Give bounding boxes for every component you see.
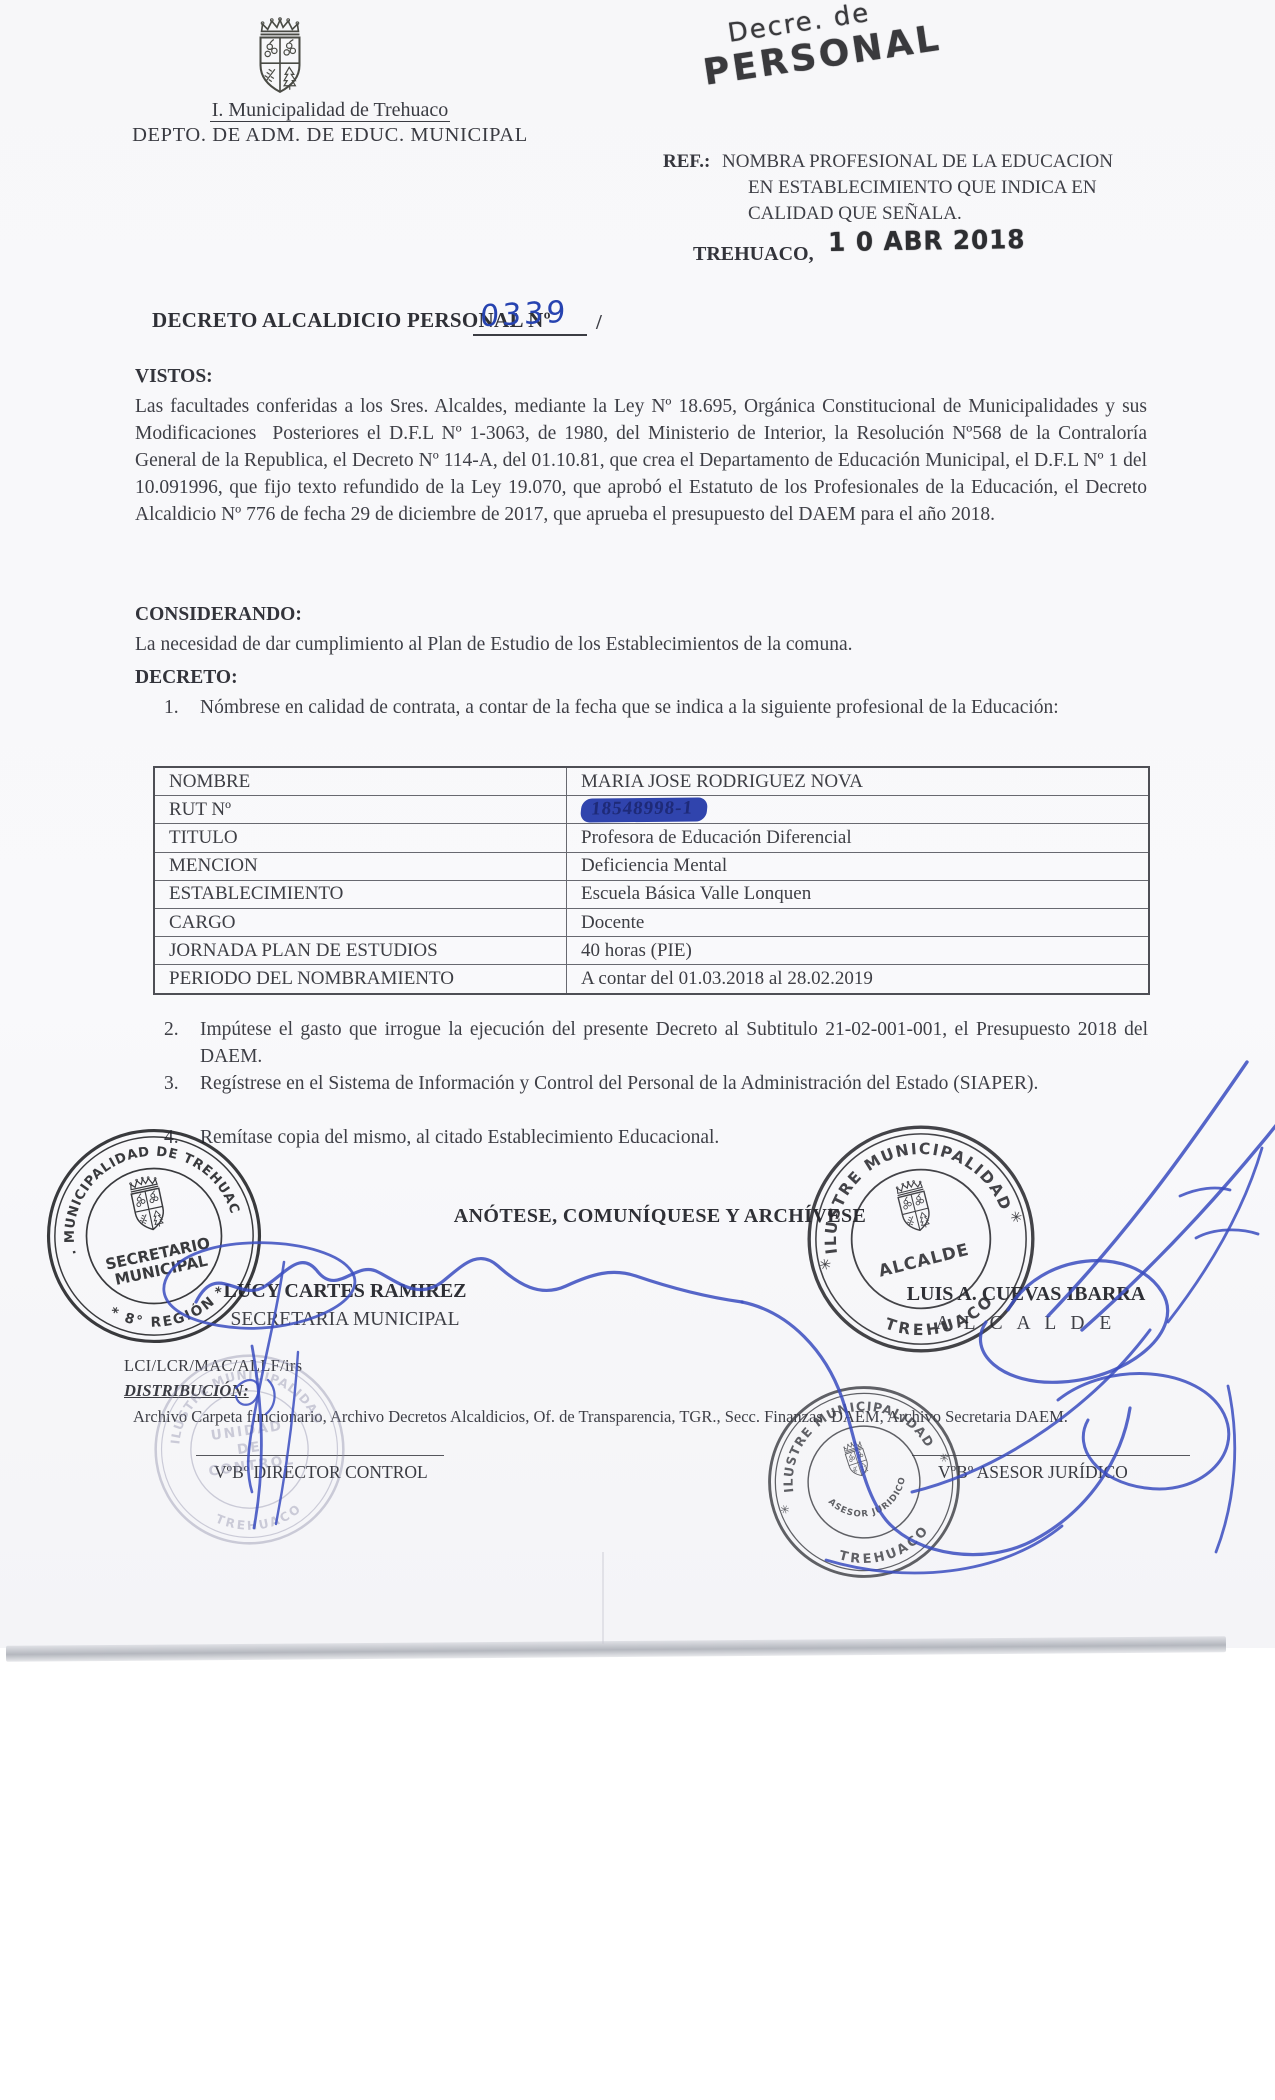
- secretario-stamp-bottom-arc: * 8° REGIÓN *: [105, 1280, 236, 1342]
- alcalde-stamp-top-arc: ILUSTRE MUNICIPALIDAD: [800, 1118, 1017, 1258]
- asesor-stamp-right-star: ✳: [938, 1450, 952, 1466]
- decreto-item-2: 2. Impútese el gasto que irrogue la ejec…: [200, 1016, 1148, 1070]
- alcalde-stamp-center: ALCALDE: [876, 1239, 971, 1281]
- svg-text:* 8° REGIÓN *: * 8° REGIÓN *: [105, 1280, 236, 1342]
- date-stamp: 1 0 ABR 2018: [828, 225, 1026, 258]
- org-department: DEPTO. DE ADM. DE EDUC. MUNICIPAL: [110, 124, 550, 147]
- table-value: MARIA JOSE RODRIGUEZ NOVA: [567, 768, 1148, 795]
- item-2-number: 2.: [164, 1016, 179, 1043]
- table-value: Deficiencia Mental: [567, 852, 1148, 880]
- table-value-rut-redacted: 18548998-1: [567, 795, 1148, 823]
- decree-number-underline: [473, 334, 587, 336]
- alcalde-stamp-left-star: ✳: [818, 1256, 834, 1274]
- svg-text:ILUSTRE MUNICIPALIDAD: ILUSTRE MUNICIPALIDAD: [800, 1118, 1017, 1258]
- table-value: Profesora de Educación Diferencial: [567, 823, 1148, 851]
- decree-number-handwritten: 0339: [479, 295, 568, 335]
- alcalde-stamp-crest-icon: [895, 1178, 933, 1233]
- table-label: ESTABLECIMIENTO: [155, 880, 567, 908]
- org-name: I. Municipalidad de Trehuaco: [120, 99, 540, 122]
- table-label: CARGO: [155, 908, 567, 936]
- control-stamp-center2: DE: [236, 1439, 263, 1458]
- paper-fold-line: [602, 1552, 604, 1644]
- ref-line2: EN ESTABLECIMIENTO QUE INDICA EN: [748, 177, 1097, 199]
- table-label: PERIODO DEL NOMBRAMIENTO: [155, 964, 567, 992]
- table-value: A contar del 01.03.2018 al 28.02.2019: [567, 964, 1148, 992]
- decree-number-slash: /: [596, 310, 602, 335]
- item-3-number: 3.: [164, 1070, 179, 1097]
- considerando-title: CONSIDERANDO:: [135, 604, 302, 626]
- secretario-municipal-stamp: I. MUNICIPALIDAD DE TREHUACO * 8° REGIÓN…: [16, 1098, 291, 1373]
- table-label: NOMBRE: [155, 768, 567, 795]
- decreto-item-1: 1. Nómbrese en calidad de contrata, a co…: [200, 694, 1148, 721]
- ref-label: REF.:: [663, 151, 710, 173]
- vistos-body: Las facultades conferidas a los Sres. Al…: [135, 393, 1147, 528]
- table-label: MENCION: [155, 852, 567, 880]
- ref-line3: CALIDAD QUE SEÑALA.: [748, 203, 962, 225]
- secretario-stamp-crest-icon: [128, 1174, 167, 1232]
- municipal-coat-of-arms-icon: [247, 16, 313, 98]
- table-value: 40 horas (PIE): [567, 936, 1148, 964]
- city-label: TREHUACO,: [693, 243, 814, 266]
- table-label: TITULO: [155, 823, 567, 851]
- ref-line1: NOMBRA PROFESIONAL DE LA EDUCACION: [722, 151, 1113, 173]
- considerando-body: La necesidad de dar cumplimiento al Plan…: [135, 631, 1147, 658]
- asesor-stamp-left-star: ✳: [778, 1501, 792, 1517]
- table-label: RUT Nº: [155, 795, 567, 823]
- item-1-number: 1.: [164, 694, 179, 721]
- asesor-stamp-crest-icon: [842, 1440, 870, 1479]
- rut-redaction-marker: 18548998-1: [580, 797, 708, 822]
- table-value: Escuela Básica Valle Lonquen: [567, 880, 1148, 908]
- table-value: Docente: [567, 908, 1148, 936]
- vistos-title: VISTOS:: [135, 366, 213, 388]
- table-label: JORNADA PLAN DE ESTUDIOS: [155, 936, 567, 964]
- unidad-control-stamp: ILUSTRE MUNICIPALIDAD TREHUACO UNIDAD DE…: [128, 1328, 371, 1571]
- scanned-decree-document: I. Municipalidad de Trehuaco DEPTO. DE A…: [0, 0, 1275, 2100]
- appointment-table: NOMBRE MARIA JOSE RODRIGUEZ NOVA RUT Nº …: [153, 766, 1150, 995]
- decreto-title: DECRETO:: [135, 667, 238, 689]
